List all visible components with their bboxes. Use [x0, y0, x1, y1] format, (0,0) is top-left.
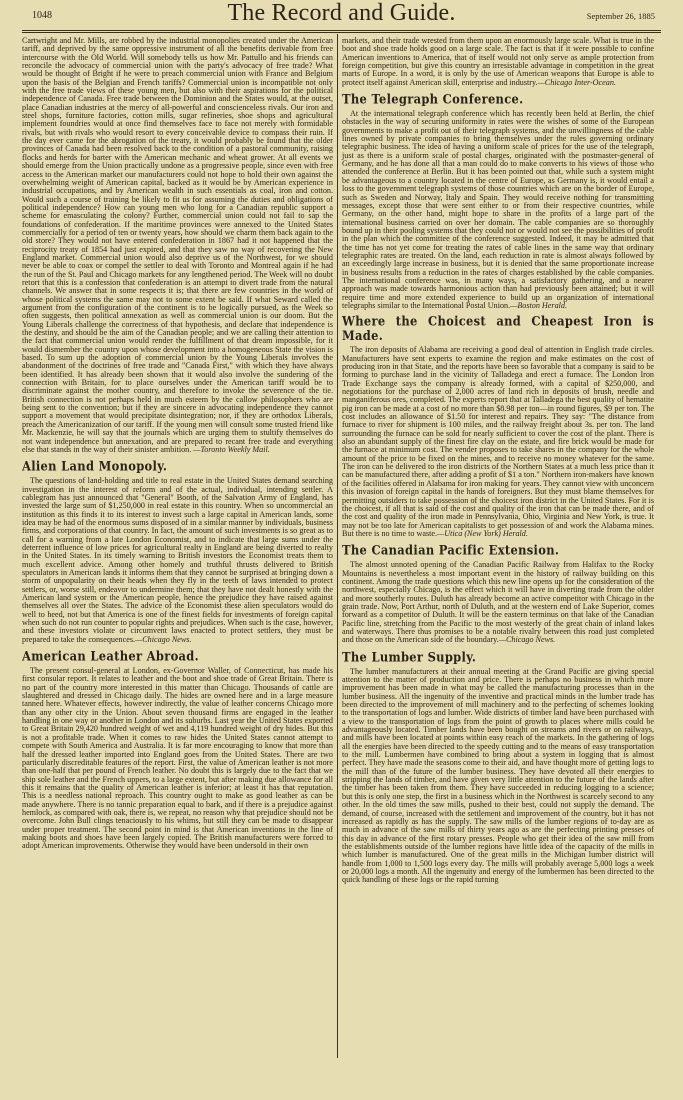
- article-body: The present consul-general at London, ex…: [22, 666, 333, 850]
- article-body: The questions of land-holding and title …: [22, 476, 333, 644]
- article-heading: The Telegraph Conference.: [342, 92, 654, 107]
- continued-article: Cartwright and Mr. Mills, are robbed by …: [22, 37, 333, 454]
- article-canadian-pacific: The almost unnoted opening of the Canadi…: [342, 561, 654, 644]
- article-source: —Chicago News.: [499, 635, 555, 644]
- newspaper-title: The Record and Guide.: [22, 0, 661, 27]
- article-telegraph-conference: At the international telegraph conferenc…: [342, 110, 654, 310]
- article-heading: Alien Land Monopoly.: [22, 459, 333, 474]
- header-rule: [22, 32, 661, 33]
- article-choicest-iron: The iron deposits of Alabama are receivi…: [342, 346, 654, 538]
- column-divider: [337, 34, 338, 1058]
- article-source: —Boston Herald.: [510, 301, 567, 310]
- issue-date: September 26, 1885: [587, 11, 655, 21]
- article-heading: American Leather Abroad.: [22, 649, 333, 664]
- article-body: At the international telegraph conferenc…: [342, 109, 654, 310]
- left-column: Cartwright and Mr. Mills, are robbed by …: [22, 37, 333, 851]
- article-heading: Where the Choicest and Cheapest Iron is …: [342, 315, 654, 344]
- article-american-leather-abroad: The present consul-general at London, ex…: [22, 667, 333, 851]
- article-body: The almost unnoted opening of the Canadi…: [342, 560, 654, 644]
- header-rule: [22, 30, 661, 31]
- article-body: The iron deposits of Alabama are receivi…: [342, 345, 654, 538]
- article-heading: The Canadian Pacific Extension.: [342, 543, 654, 558]
- article-alien-land-monopoly: The questions of land-holding and title …: [22, 477, 333, 644]
- article-source: —Chicago Inter-Ocean.: [538, 78, 616, 87]
- article-body: The lumber manufacturers at their annual…: [342, 667, 654, 885]
- masthead: 1048 The Record and Guide. September 26,…: [22, 2, 661, 30]
- article-source: —Utica (New York) Herald.: [437, 529, 528, 538]
- article-lumber-supply: The lumber manufacturers at their annual…: [342, 668, 654, 885]
- right-column: markets, and their trade wrested from th…: [342, 37, 654, 885]
- article-heading: The Lumber Supply.: [342, 650, 654, 665]
- article-source: —Toronto Weekly Mail.: [193, 445, 270, 454]
- article-body: Cartwright and Mr. Mills, are robbed by …: [22, 36, 333, 454]
- continued-article: markets, and their trade wrested from th…: [342, 37, 654, 87]
- article-source: —Chicago News.: [135, 635, 191, 644]
